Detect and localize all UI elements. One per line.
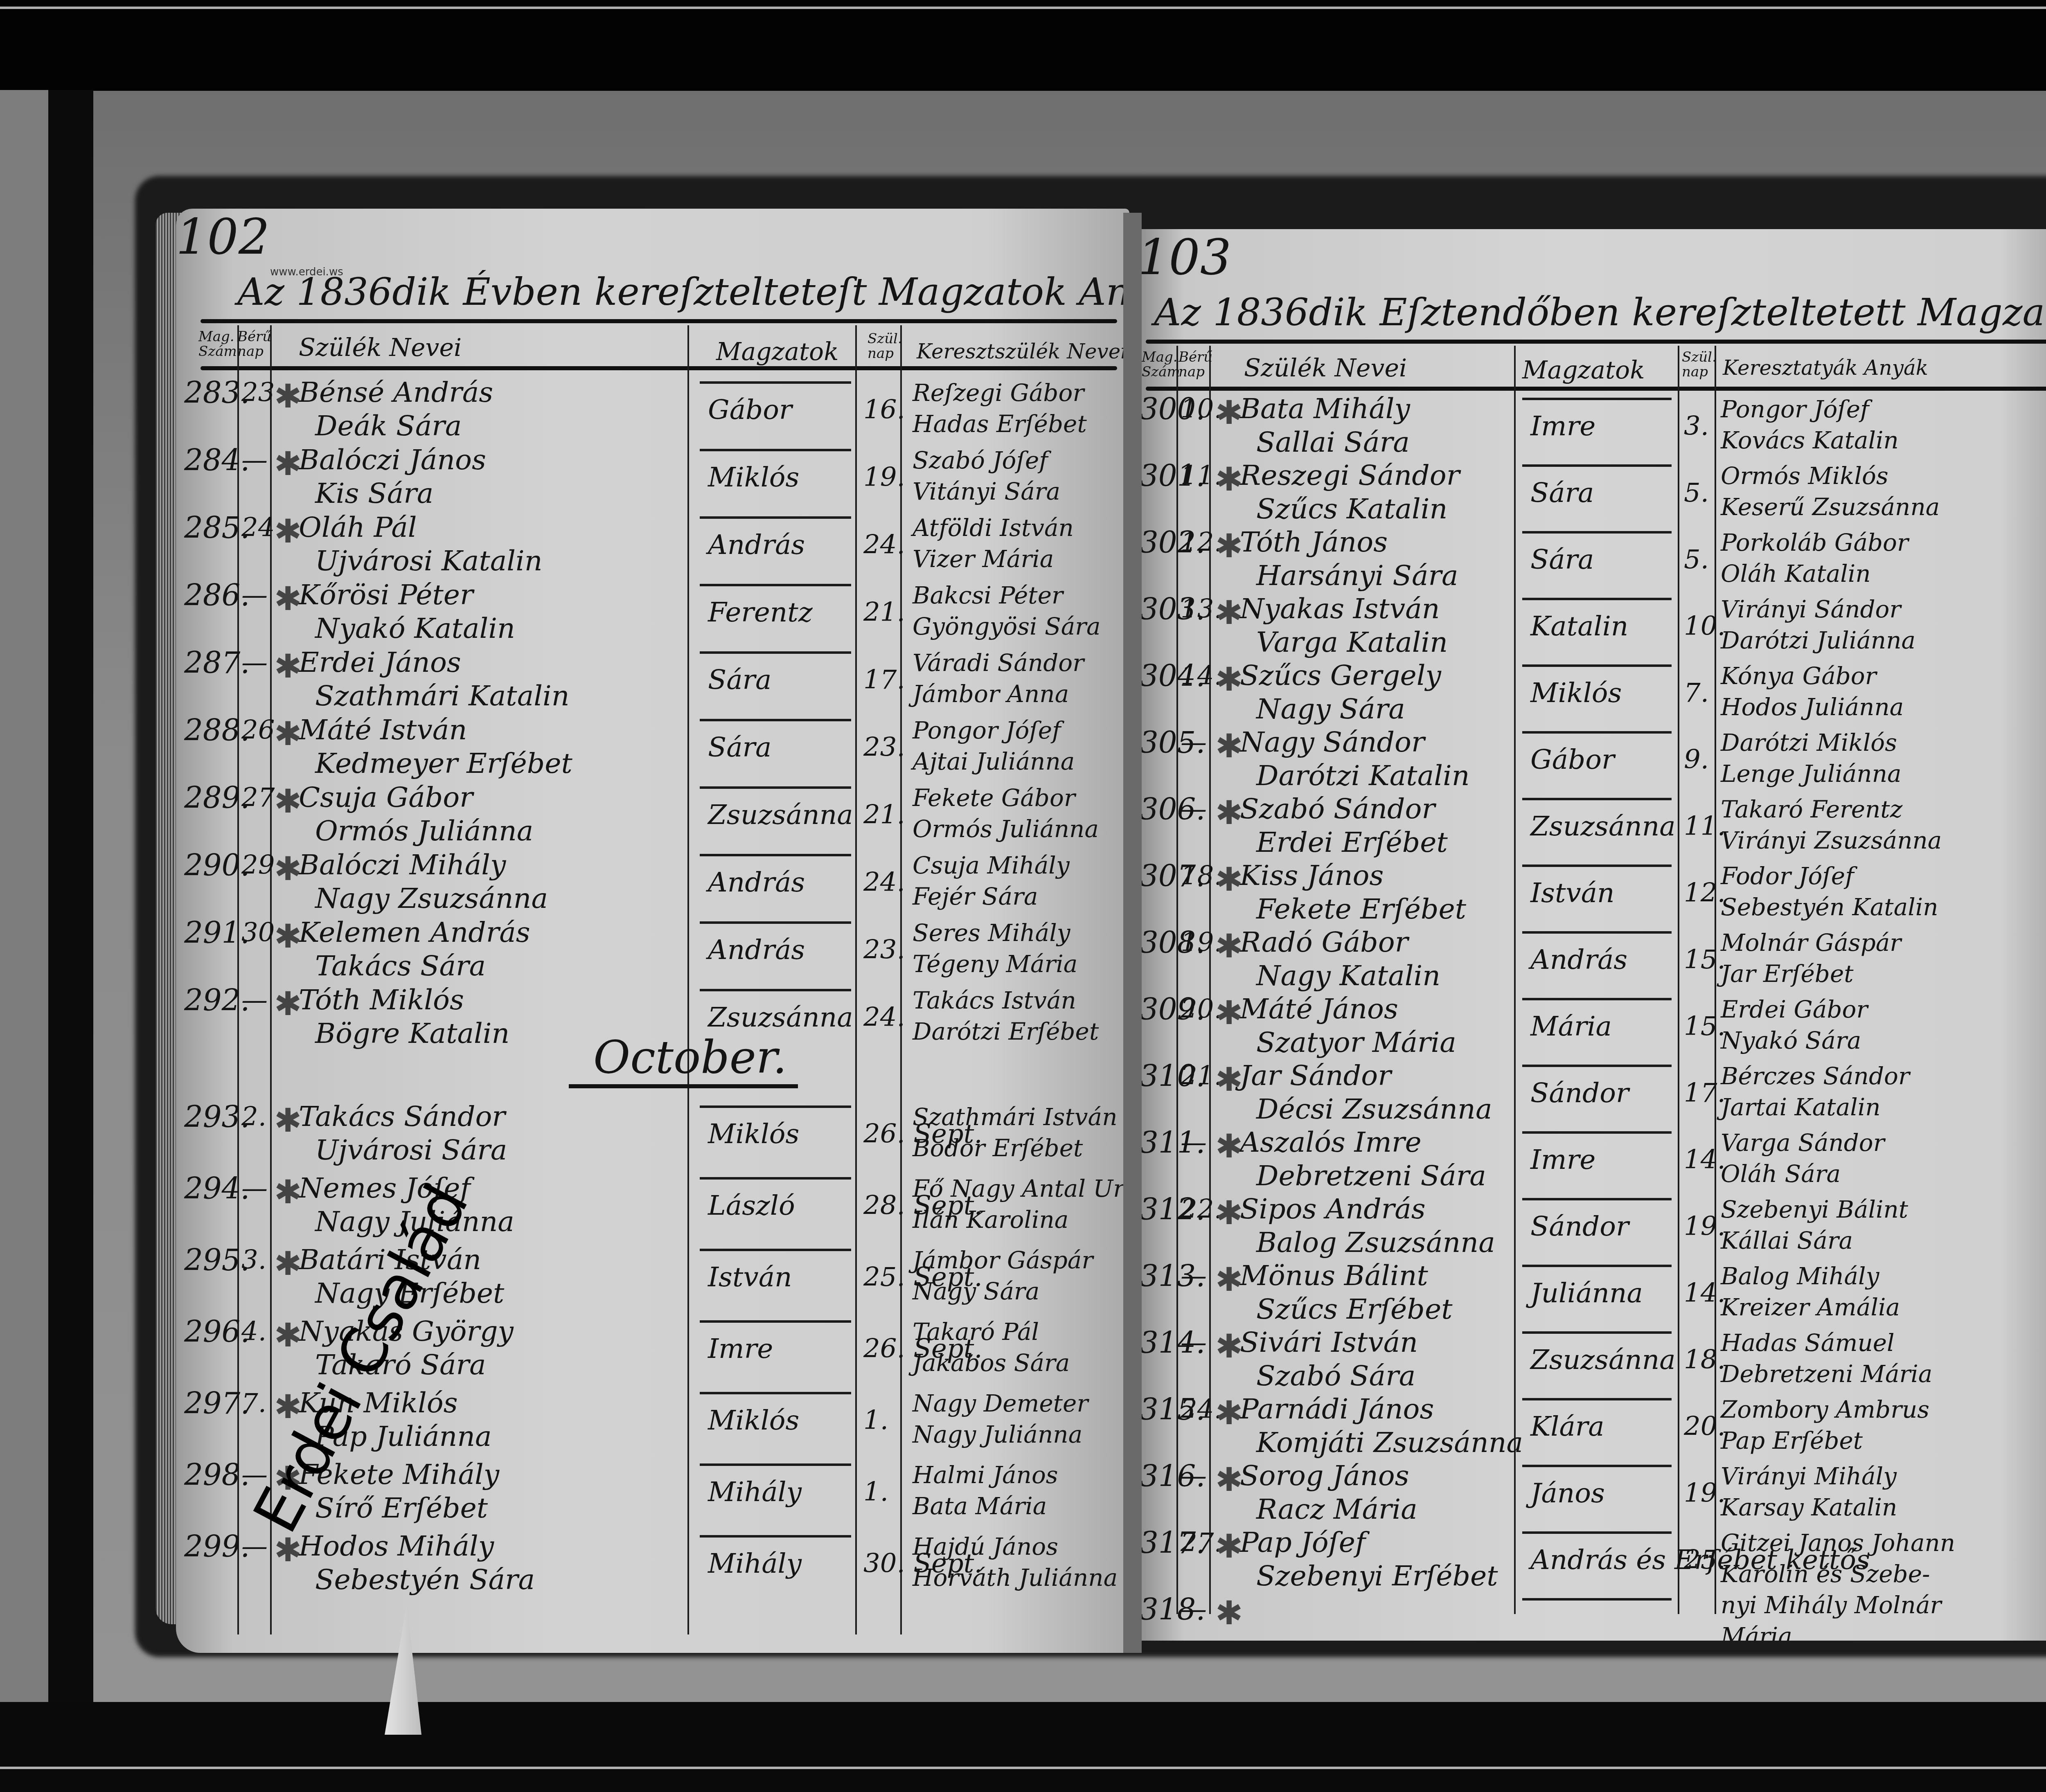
baptism-day: —: [241, 1530, 268, 1563]
header-num: Mag. Szám: [198, 329, 235, 359]
godparent-name: Molnár Gáspár: [1721, 926, 1901, 959]
register-entry: 316.—Sorog JánosRacz Mária✱János19.Virán…: [1138, 1460, 2046, 1527]
father-name: Nagy Sándor: [1240, 726, 1425, 759]
page-title: Az 1836dik Évben kereſztelteteſt Magzato…: [237, 270, 1129, 314]
birth-day: 15.: [1684, 1010, 1726, 1043]
page-title: Az 1836dik Eſztendőben kereſzteltetett M…: [1154, 290, 2046, 334]
entry-divider: [1522, 1465, 1672, 1467]
mother-name: Ormós Juliánna: [315, 815, 533, 848]
child-name: László: [708, 1189, 795, 1222]
birth-day: 21.: [863, 596, 905, 629]
father-name: Bénsé András: [299, 376, 493, 409]
entry-number: 296.: [184, 1315, 250, 1348]
entry-number: 285.: [184, 511, 250, 544]
baptism-mark-icon: ✱: [274, 580, 302, 618]
child-name: Imre: [708, 1333, 773, 1365]
mother-name: Balog Zsuzsánna: [1256, 1227, 1495, 1259]
baptism-mark-icon: ✱: [1215, 794, 1243, 832]
father-name: Nyakas István: [1240, 593, 1440, 626]
mother-name: Kis Sára: [315, 477, 433, 510]
godparent-name: Varga Sándor: [1721, 1126, 1884, 1159]
father-name: Tóth János: [1240, 526, 1388, 559]
godparent-name: Nagy Juliánna: [913, 1418, 1082, 1451]
entry-divider: [700, 1535, 851, 1538]
register-entry: 288.26.Máté IstvánKedmeyer Erſébet✱Sára2…: [176, 714, 1129, 781]
father-name: Radó Gábor: [1240, 926, 1408, 959]
entry-number: 292.: [184, 984, 250, 1017]
child-name: Zsuzsánna: [708, 1001, 853, 1034]
father-name: Oláh Pál: [299, 511, 417, 544]
godparent-name: Bodor Erſébet: [913, 1132, 1083, 1164]
baptism-mark-icon: ✱: [274, 377, 302, 415]
father-name: Bata Mihály: [1240, 393, 1410, 425]
mother-name: Takács Sára: [315, 950, 486, 983]
child-name: András: [708, 934, 805, 966]
child-name: Imre: [1530, 1144, 1595, 1176]
baptism-mark-icon: ✱: [1215, 1394, 1243, 1432]
entry-divider: [700, 719, 851, 721]
godparent-name: Bakcsi Péter: [913, 579, 1063, 612]
godparent-name: Erdei Gábor: [1721, 993, 1868, 1026]
register-entry: 283.23.Bénsé AndrásDeák Sára✱Gábor16.Reſ…: [176, 376, 1129, 443]
baptism-mark-icon: ✱: [1215, 394, 1243, 432]
entry-number: 287.: [184, 646, 250, 679]
mother-name: Erdei Erſébet: [1256, 826, 1448, 859]
father-name: Csuja Gábor: [299, 781, 473, 814]
birth-day: 15.: [1684, 943, 1726, 976]
baptism-day: 2.: [241, 1101, 266, 1133]
father-name: Erdei János: [299, 646, 461, 679]
register-entry: 313.—Mönus BálintSzűcs Erſébet✱Juliánna1…: [1138, 1260, 2046, 1327]
month-underline: [569, 1084, 798, 1088]
register-entry: 308.19.Radó GáborNagy Katalin✱András15.M…: [1138, 926, 2046, 993]
child-name: Gábor: [1530, 743, 1615, 776]
godparent-name: Pongor Jóſef: [1721, 393, 1869, 425]
father-name: Mönus Bálint: [1240, 1260, 1428, 1292]
register-entry: 299.—Hodos MihálySebestyén Sára✱Mihály30…: [176, 1530, 1129, 1597]
baptism-mark-icon: ✱: [1215, 860, 1243, 898]
baptism-mark-icon: ✱: [1215, 1060, 1243, 1099]
mother-name: Sebestyén Sára: [315, 1564, 535, 1596]
mother-name: Szűcs Erſébet: [1256, 1293, 1452, 1326]
mother-name: Debretzeni Sára: [1256, 1160, 1486, 1193]
entry-divider: [1522, 798, 1672, 800]
birth-day: 5.: [1684, 477, 1709, 509]
entry-divider: [700, 1105, 851, 1108]
godparent-name: Balog Mihály: [1721, 1260, 1879, 1292]
birth-day: 18.: [1684, 1344, 1726, 1376]
birth-day: 1.: [863, 1404, 888, 1437]
register-entry: 284.—Balóczi JánosKis Sára✱Miklós19.Szab…: [176, 444, 1129, 511]
godparent-name: Pongor Jóſef: [913, 714, 1061, 747]
register-entry: 290.29.Balóczi MihályNagy Zsuzsánna✱Andr…: [176, 849, 1129, 916]
godparent-name: Csuja Mihály: [913, 849, 1070, 882]
header-birth-day: Szül. nap: [868, 331, 904, 361]
godparent-name: Porkoláb Gábor: [1721, 526, 1909, 559]
entry-divider: [1522, 1198, 1672, 1200]
register-entry: 291.30.Kelemen AndrásTakács Sára✱András2…: [176, 916, 1129, 984]
birth-day: 17.: [1684, 1077, 1726, 1110]
child-name: Sára: [1530, 543, 1594, 576]
baptism-day: —: [241, 984, 268, 1017]
baptism-mark-icon: ✱: [1215, 727, 1243, 765]
mother-name: Bögre Katalin: [315, 1018, 509, 1050]
film-edge-top: [0, 0, 2046, 90]
godparent-name: Kreizer Amália: [1721, 1291, 1900, 1324]
entry-number: 294.: [184, 1172, 250, 1205]
register-entry: 294.—Nemes JóſefNagy Juliánna✱László28. …: [176, 1172, 1129, 1239]
child-name: Sára: [708, 664, 771, 696]
mother-name: Ujvárosi Katalin: [315, 545, 543, 578]
baptism-day: —: [241, 646, 268, 679]
baptism-day: —: [1181, 793, 1207, 826]
entry-divider: [1522, 998, 1672, 1000]
mother-name: Szatyor Mária: [1256, 1027, 1456, 1059]
mother-name: Darótzi Katalin: [1256, 760, 1470, 792]
mother-name: Harsányi Sára: [1256, 560, 1458, 592]
baptism-day: 7.: [241, 1387, 266, 1420]
baptism-day: —: [1181, 1460, 1207, 1493]
birth-day: 7.: [1684, 677, 1709, 709]
father-name: Kiss János: [1240, 860, 1384, 892]
entry-divider: [700, 1392, 851, 1394]
birth-day: 16.: [863, 394, 905, 426]
child-name: Klára: [1530, 1410, 1604, 1443]
mother-name: Komjáti Zsuzsánna: [1256, 1427, 1523, 1459]
godparent-name: Szebenyi Bálint: [1721, 1193, 1908, 1226]
child-name: Zsuzsánna: [1530, 810, 1676, 843]
entry-number: 297.: [184, 1387, 250, 1420]
entry-divider: [1522, 1131, 1672, 1134]
baptism-mark-icon: ✱: [1215, 1127, 1243, 1165]
godparent-name: Zombory Ambrus: [1721, 1393, 1929, 1426]
father-name: Takács Sándor: [299, 1101, 505, 1133]
adjacent-frame-left: [0, 90, 48, 1702]
father-name: Szűcs Gergely: [1240, 660, 1441, 692]
entry-divider: [1522, 1531, 1672, 1534]
child-name: István: [708, 1261, 792, 1294]
baptism-mark-icon: ✱: [274, 512, 302, 550]
godparent-name: Reſzegi Gábor: [913, 376, 1084, 409]
birth-day: 10.: [1684, 610, 1726, 643]
father-name: Máté István: [299, 714, 467, 747]
mother-name: Szebenyi Erſébet: [1256, 1560, 1498, 1593]
baptism-mark-icon: ✱: [1215, 1527, 1243, 1565]
register-entry: 312.22.Sipos AndrásBalog Zsuzsánna✱Sándo…: [1138, 1193, 2046, 1260]
child-name: Sándor: [1530, 1210, 1629, 1243]
baptism-mark-icon: ✱: [274, 715, 302, 753]
godparent-name: Bata Mária: [913, 1490, 1047, 1522]
entry-divider: [700, 651, 851, 654]
father-name: Kőrösi Péter: [299, 579, 473, 612]
register-entry: 302.12.Tóth JánosHarsányi Sára✱Sára5.Por…: [1138, 526, 2046, 593]
entry-divider: [700, 921, 851, 924]
baptism-mark-icon: ✱: [1215, 660, 1243, 698]
entry-number: 299.: [184, 1530, 250, 1563]
entry-number: 293.: [184, 1101, 250, 1133]
baptism-mark-icon: ✱: [274, 1173, 302, 1211]
birth-day: 11.: [1684, 810, 1726, 843]
baptism-day: —: [1181, 1593, 1207, 1626]
child-name: András: [708, 866, 805, 899]
godparent-name: Ormós Juliánna: [913, 813, 1099, 845]
child-name: Gábor: [708, 394, 792, 426]
entry-divider: [1522, 398, 1672, 400]
godparent-name: Oláh Sára: [1721, 1157, 1841, 1190]
child-name: Miklós: [1530, 677, 1622, 709]
register-entry: 310.21.Jar SándorDécsi Zsuzsánna✱Sándor1…: [1138, 1060, 2046, 1127]
mother-name: Szűcs Katalin: [1256, 493, 1447, 526]
birth-day: 23.: [863, 731, 905, 764]
godparent-name: Gitzei Janos Johann: [1721, 1526, 1955, 1559]
entry-divider: [1522, 931, 1672, 934]
godparent-name: Halmi János: [913, 1459, 1058, 1491]
godparent-name: Nyakó Sára: [1721, 1024, 1861, 1057]
father-name: Máté János: [1240, 993, 1398, 1026]
film-sprocket-line-top: [0, 7, 2046, 9]
entry-divider: [700, 989, 851, 991]
register-entry: 295.3.Batári IstvánNagy Erſébet✱István25…: [176, 1244, 1129, 1311]
entry-divider: [1522, 1265, 1672, 1267]
entry-divider: [1522, 1331, 1672, 1334]
child-name: Mihály: [708, 1476, 802, 1508]
father-name: Kelemen András: [299, 916, 530, 949]
entry-number: 283.: [184, 376, 250, 409]
register-entry: 305.—Nagy SándorDarótzi Katalin✱Gábor9.D…: [1138, 726, 2046, 793]
entry-number: 290.: [184, 849, 250, 882]
birth-day: 1.: [863, 1476, 888, 1508]
register-entry: 300.10.Bata MihálySallai Sára✱Imre3.Pong…: [1138, 393, 2046, 460]
baptism-day: —: [1181, 726, 1207, 759]
godparent-name: Jar Erſébet: [1721, 957, 1854, 990]
child-name: Imre: [1530, 410, 1595, 443]
child-name: Miklós: [708, 1118, 799, 1150]
entry-divider: [700, 854, 851, 856]
header-parents: Szülék Nevei: [299, 333, 462, 362]
godparent-name: Vitányi Sára: [913, 475, 1060, 508]
entry-number: 298.: [184, 1459, 250, 1491]
entry-divider: [1522, 531, 1672, 534]
godparent-name: Atföldi István: [913, 511, 1074, 544]
header-child: Magzatok: [1522, 356, 1645, 385]
godparent-name: Debretzeni Mária: [1721, 1358, 1932, 1390]
header-child: Magzatok: [716, 338, 839, 366]
father-name: Sipos András: [1240, 1193, 1426, 1226]
father-name: Aszalós Imre: [1240, 1126, 1422, 1159]
father-name: Sorog János: [1240, 1460, 1409, 1493]
godparent-name: Fejér Sára: [913, 880, 1038, 913]
baptism-mark-icon: ✱: [274, 985, 302, 1023]
mother-name: Varga Katalin: [1256, 626, 1448, 659]
baptism-day: 4.: [241, 1315, 266, 1348]
birth-day: 21.: [863, 799, 905, 831]
baptism-mark-icon: ✱: [1215, 927, 1243, 965]
baptism-mark-icon: ✱: [274, 917, 302, 955]
mother-name: Deák Sára: [315, 410, 462, 443]
godparent-name: Bérczes Sándor: [1721, 1060, 1910, 1092]
godparent-name: Virányi Mihály: [1721, 1460, 1897, 1493]
godparent-name: Hodos Juliánna: [1721, 691, 1904, 723]
register-entry: 306.—Szabó SándorErdei Erſébet✱Zsuzsánna…: [1138, 793, 2046, 860]
entry-divider: [700, 1177, 851, 1180]
birth-day: 25.: [1684, 1544, 1726, 1576]
godparent-name: Karolin és Szebe-: [1721, 1558, 1930, 1590]
birth-day: 19.: [1684, 1477, 1726, 1510]
godparent-name: Jakabos Sára: [913, 1346, 1070, 1379]
header-day: Bérű nap: [237, 329, 270, 359]
baptism-mark-icon: ✱: [274, 1101, 302, 1139]
entry-number: 295.: [184, 1244, 250, 1276]
godparent-name: Takács István: [913, 984, 1076, 1017]
godparent-name: Takaró Ferentz: [1721, 793, 1902, 826]
baptism-day: —: [1181, 1326, 1207, 1359]
entry-divider: [700, 1249, 851, 1251]
register-entry: 286.—Kőrösi PéterNyakó Katalin✱Ferentz21…: [176, 579, 1129, 646]
baptism-mark-icon: ✱: [1215, 994, 1243, 1032]
father-name: Parnádi János: [1240, 1393, 1434, 1426]
register-page-right: 103 Az 1836dik Eſztendőben kereſzteltete…: [1138, 229, 2046, 1641]
godparent-name: Fő Nagy Antal Ur: [913, 1172, 1124, 1205]
godparent-name: Kónya Gábor: [1721, 660, 1877, 692]
godparent-name: Jartai Katalin: [1721, 1091, 1881, 1123]
header-godparents: Keresztszülék Nevei: [917, 340, 1127, 363]
entry-divider: [1522, 598, 1672, 600]
birth-day: 24.: [863, 529, 905, 561]
godparent-name: Ajtai Juliánna: [913, 745, 1075, 778]
baptism-mark-icon: ✱: [274, 445, 302, 483]
father-name: Hodos Mihály: [299, 1530, 494, 1563]
baptism-mark-icon: ✱: [1215, 527, 1243, 565]
baptism-day: —: [1181, 1126, 1207, 1159]
header-godparents: Keresztatyák Anyák: [1723, 356, 1928, 380]
birth-day: 24.: [863, 1001, 905, 1034]
register-entry: 304.14.Szűcs GergelyNagy Sára✱Miklós7.Kó…: [1138, 660, 2046, 727]
title-rule: [1146, 340, 2046, 344]
birth-day: 9.: [1684, 743, 1709, 776]
baptism-day: —: [1181, 1260, 1207, 1292]
month-heading: October.: [593, 1031, 787, 1083]
godparent-name: Kovács Katalin: [1721, 424, 1899, 457]
child-name: Ferentz: [708, 596, 813, 629]
godparent-name: Darótzi Miklós: [1721, 726, 1897, 759]
header-parents: Szülék Nevei: [1244, 354, 1407, 383]
birth-day: 14.: [1684, 1277, 1726, 1310]
register-entry: 311.—Aszalós ImreDebretzeni Sára✱Imre14.…: [1138, 1126, 2046, 1193]
baptism-mark-icon: ✱: [274, 1316, 302, 1354]
register-entry: 314.—Sivári IstvánSzabó Sára✱Zsuzsánna18…: [1138, 1326, 2046, 1394]
godparent-name: Darótzi Erſébet: [913, 1015, 1099, 1048]
godparent-name: Nagy Sára: [913, 1275, 1039, 1308]
godparent-name: Hadas Erſébet: [913, 407, 1087, 440]
birth-day: 20.: [1684, 1410, 1726, 1443]
child-name: Mihály: [708, 1547, 802, 1580]
register-entry: 317.27.Pap JóſefSzebenyi Erſébet✱András …: [1138, 1526, 2046, 1594]
mother-name: Sírő Erſébet: [315, 1492, 488, 1525]
mother-name: Nyakó Katalin: [315, 612, 515, 645]
father-name: Sivári István: [1240, 1326, 1418, 1359]
header-birth-day: Szül. nap: [1682, 350, 1715, 379]
baptism-mark-icon: ✱: [1215, 1194, 1243, 1232]
baptism-day: —: [241, 444, 268, 477]
godparent-name: Seres Mihály: [913, 916, 1070, 949]
baptism-mark-icon: ✱: [1215, 1327, 1243, 1365]
baptism-mark-icon: ✱: [1215, 1594, 1243, 1632]
entry-divider: [700, 1463, 851, 1466]
father-name: Reszegi Sándor: [1240, 459, 1460, 492]
godparent-name: Jámbor Anna: [913, 678, 1069, 710]
register-entry: 293.2.Takács SándorUjvárosi Sára✱Miklós2…: [176, 1101, 1129, 1168]
entry-divider: [1522, 1398, 1672, 1400]
godparent-name: Keserű Zsuzsánna: [1721, 491, 1940, 523]
entry-number: 284.: [184, 444, 250, 477]
godparent-name: Virányi Zsuzsánna: [1721, 824, 1942, 857]
godparent-name: Pap Erſébet: [1721, 1424, 1863, 1457]
birth-day: 14.: [1684, 1144, 1726, 1176]
child-name: Katalin: [1530, 610, 1628, 643]
entry-number: 286.: [184, 579, 250, 612]
child-name: Miklós: [708, 1404, 799, 1437]
register-entry: 315.24.Parnádi JánosKomjáti Zsuzsánna✱Kl…: [1138, 1393, 2046, 1460]
mother-name: Décsi Zsuzsánna: [1256, 1093, 1492, 1126]
baptism-mark-icon: ✱: [274, 1245, 302, 1283]
register-entry: 301.11.Reszegi SándorSzűcs Katalin✱Sára5…: [1138, 459, 2046, 527]
father-name: Jar Sándor: [1240, 1060, 1391, 1092]
birth-day: 23.: [863, 934, 905, 966]
child-name: Zsuzsánna: [708, 799, 853, 831]
entry-divider: [1522, 1065, 1672, 1067]
header-day: Bérű nap: [1178, 350, 1207, 379]
godparent-name: Gyöngyösi Sára: [913, 610, 1101, 643]
birth-day: 19.: [863, 461, 905, 494]
godparent-name: Oláh Katalin: [1721, 557, 1871, 590]
godparent-name: Tégeny Mária: [913, 948, 1077, 980]
register-entry: 287.—Erdei JánosSzathmári Katalin✱Sára17…: [176, 646, 1129, 714]
mother-name: Fekete Erſébet: [1256, 893, 1466, 926]
baptism-mark-icon: ✱: [1215, 1261, 1243, 1299]
godparent-name: Ormós Miklós: [1721, 459, 1888, 492]
entry-divider: [1522, 664, 1672, 667]
birth-day: 12.: [1684, 877, 1726, 910]
godparent-name: Szathmári István: [913, 1101, 1118, 1133]
mother-name: Nagy Sára: [1256, 693, 1405, 726]
entry-divider: [700, 516, 851, 519]
godparent-name: Karsay Katalin: [1721, 1491, 1897, 1524]
entry-number: 288.: [184, 714, 250, 747]
father-name: Szabó Sándor: [1240, 793, 1435, 826]
frame-divider-left: [48, 90, 93, 1702]
register-entry: 289.27.Csuja GáborOrmós Juliánna✱Zsuzsán…: [176, 781, 1129, 849]
godparent-name: Fekete Gábor: [913, 781, 1075, 814]
entry-divider: [1522, 864, 1672, 867]
father-name: Balóczi János: [299, 444, 486, 477]
godparent-name: Hadas Sámuel: [1721, 1326, 1895, 1359]
baptism-mark-icon: ✱: [1215, 1461, 1243, 1499]
register-entry: 318.—✱: [1138, 1593, 2046, 1641]
mother-name: Kedmeyer Erſébet: [315, 747, 572, 780]
child-name: János: [1530, 1477, 1605, 1510]
mother-name: Nagy Zsuzsánna: [315, 882, 548, 915]
mother-name: Szabó Sára: [1256, 1360, 1415, 1393]
child-name: Juliánna: [1530, 1277, 1643, 1310]
godparent-name: Ilán Karolina: [913, 1203, 1068, 1236]
film-edge-bottom: [0, 1702, 2046, 1792]
baptism-mark-icon: ✱: [274, 850, 302, 888]
father-name: Balóczi Mihály: [299, 849, 506, 882]
child-name: Sándor: [1530, 1077, 1629, 1110]
book-gutter: [1123, 213, 1142, 1653]
entry-divider: [1522, 464, 1672, 467]
title-rule: [201, 319, 1117, 323]
